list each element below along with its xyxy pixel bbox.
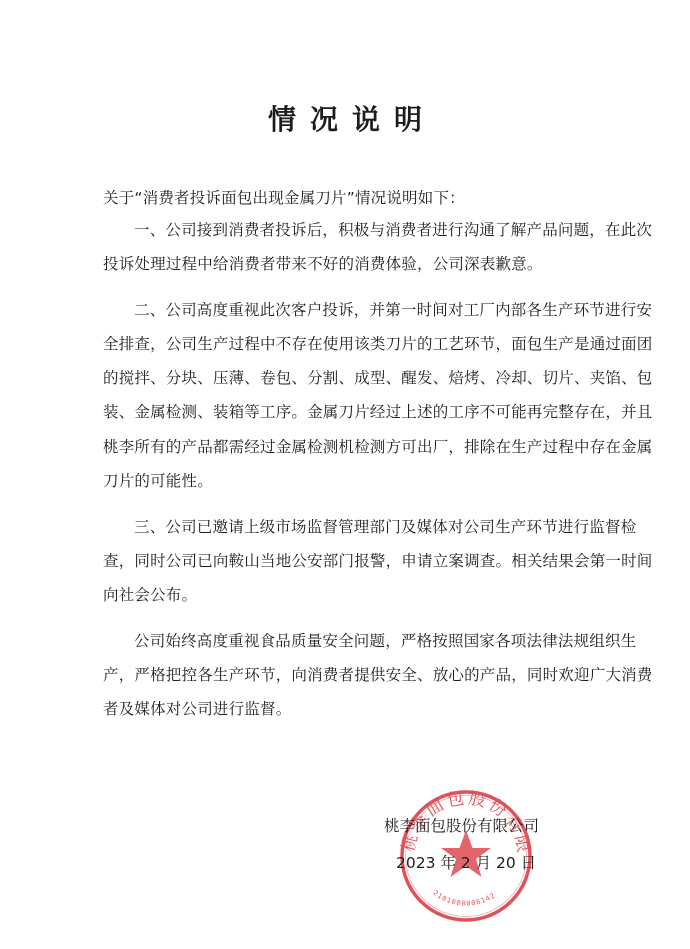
paragraph-4-line-2: 产，严格把控各生产环节，向消费者提供安全、放心的产品，同时欢迎广大消费 — [103, 665, 603, 685]
svg-text:2101000006142: 2101000006142 — [431, 889, 497, 908]
paragraph-1-line-1: 一、公司接到消费者投诉后，积极与消费者进行沟通了解产品问题，在此次 — [134, 220, 634, 240]
paragraph-2-line-4: 装、金属检测、装箱等工序。金属刀片经过上述的工序不可能再完整存在，并且 — [103, 402, 603, 422]
intro-line: 关于“消费者投诉面包出现金属刀片”情况说明如下： — [103, 188, 603, 208]
paragraph-4-line-3: 者及媒体对公司进行监督。 — [103, 699, 603, 719]
signature-date: 2023 年 2 月 20 日 — [396, 853, 536, 873]
paragraph-1-line-2: 投诉处理过程中给消费者带来不好的消费体验，公司深表歉意。 — [103, 254, 603, 274]
paragraph-3-line-3: 向社会公布。 — [103, 585, 603, 605]
paragraph-2-line-3: 的搅拌、分块、压薄、卷包、分割、成型、醒发、焙烤、冷却、切片、夹馅、包 — [103, 368, 603, 388]
paragraph-2-line-6: 刀片的可能性。 — [103, 471, 603, 491]
paragraph-3-line-1: 三、公司已邀请上级市场监督管理部门及媒体对公司生产环节进行监督检 — [134, 517, 634, 537]
paragraph-3-line-2: 查，同时公司已向鞍山当地公安部门报警，申请立案调查。相关结果会第一时间 — [103, 551, 603, 571]
document-title: 情况说明 — [0, 98, 690, 138]
paragraph-2-line-1: 二、公司高度重视此次客户投诉，并第一时间对工厂内部各生产环节进行安 — [134, 300, 634, 320]
signature-company-name: 桃李面包股份有限公司 — [384, 816, 539, 836]
paragraph-2-line-5: 桃李所有的产品都需经过金属检测机检测方可出厂，排除在生产过程中存在金属 — [103, 437, 603, 457]
paragraph-4-line-1: 公司始终高度重视食品质量安全问题，严格按照国家各项法律法规组织生 — [134, 631, 634, 651]
paragraph-2-line-2: 全排查，公司生产过程中不存在使用该类刀片的工艺环节，面包生产是通过面团 — [103, 334, 603, 354]
